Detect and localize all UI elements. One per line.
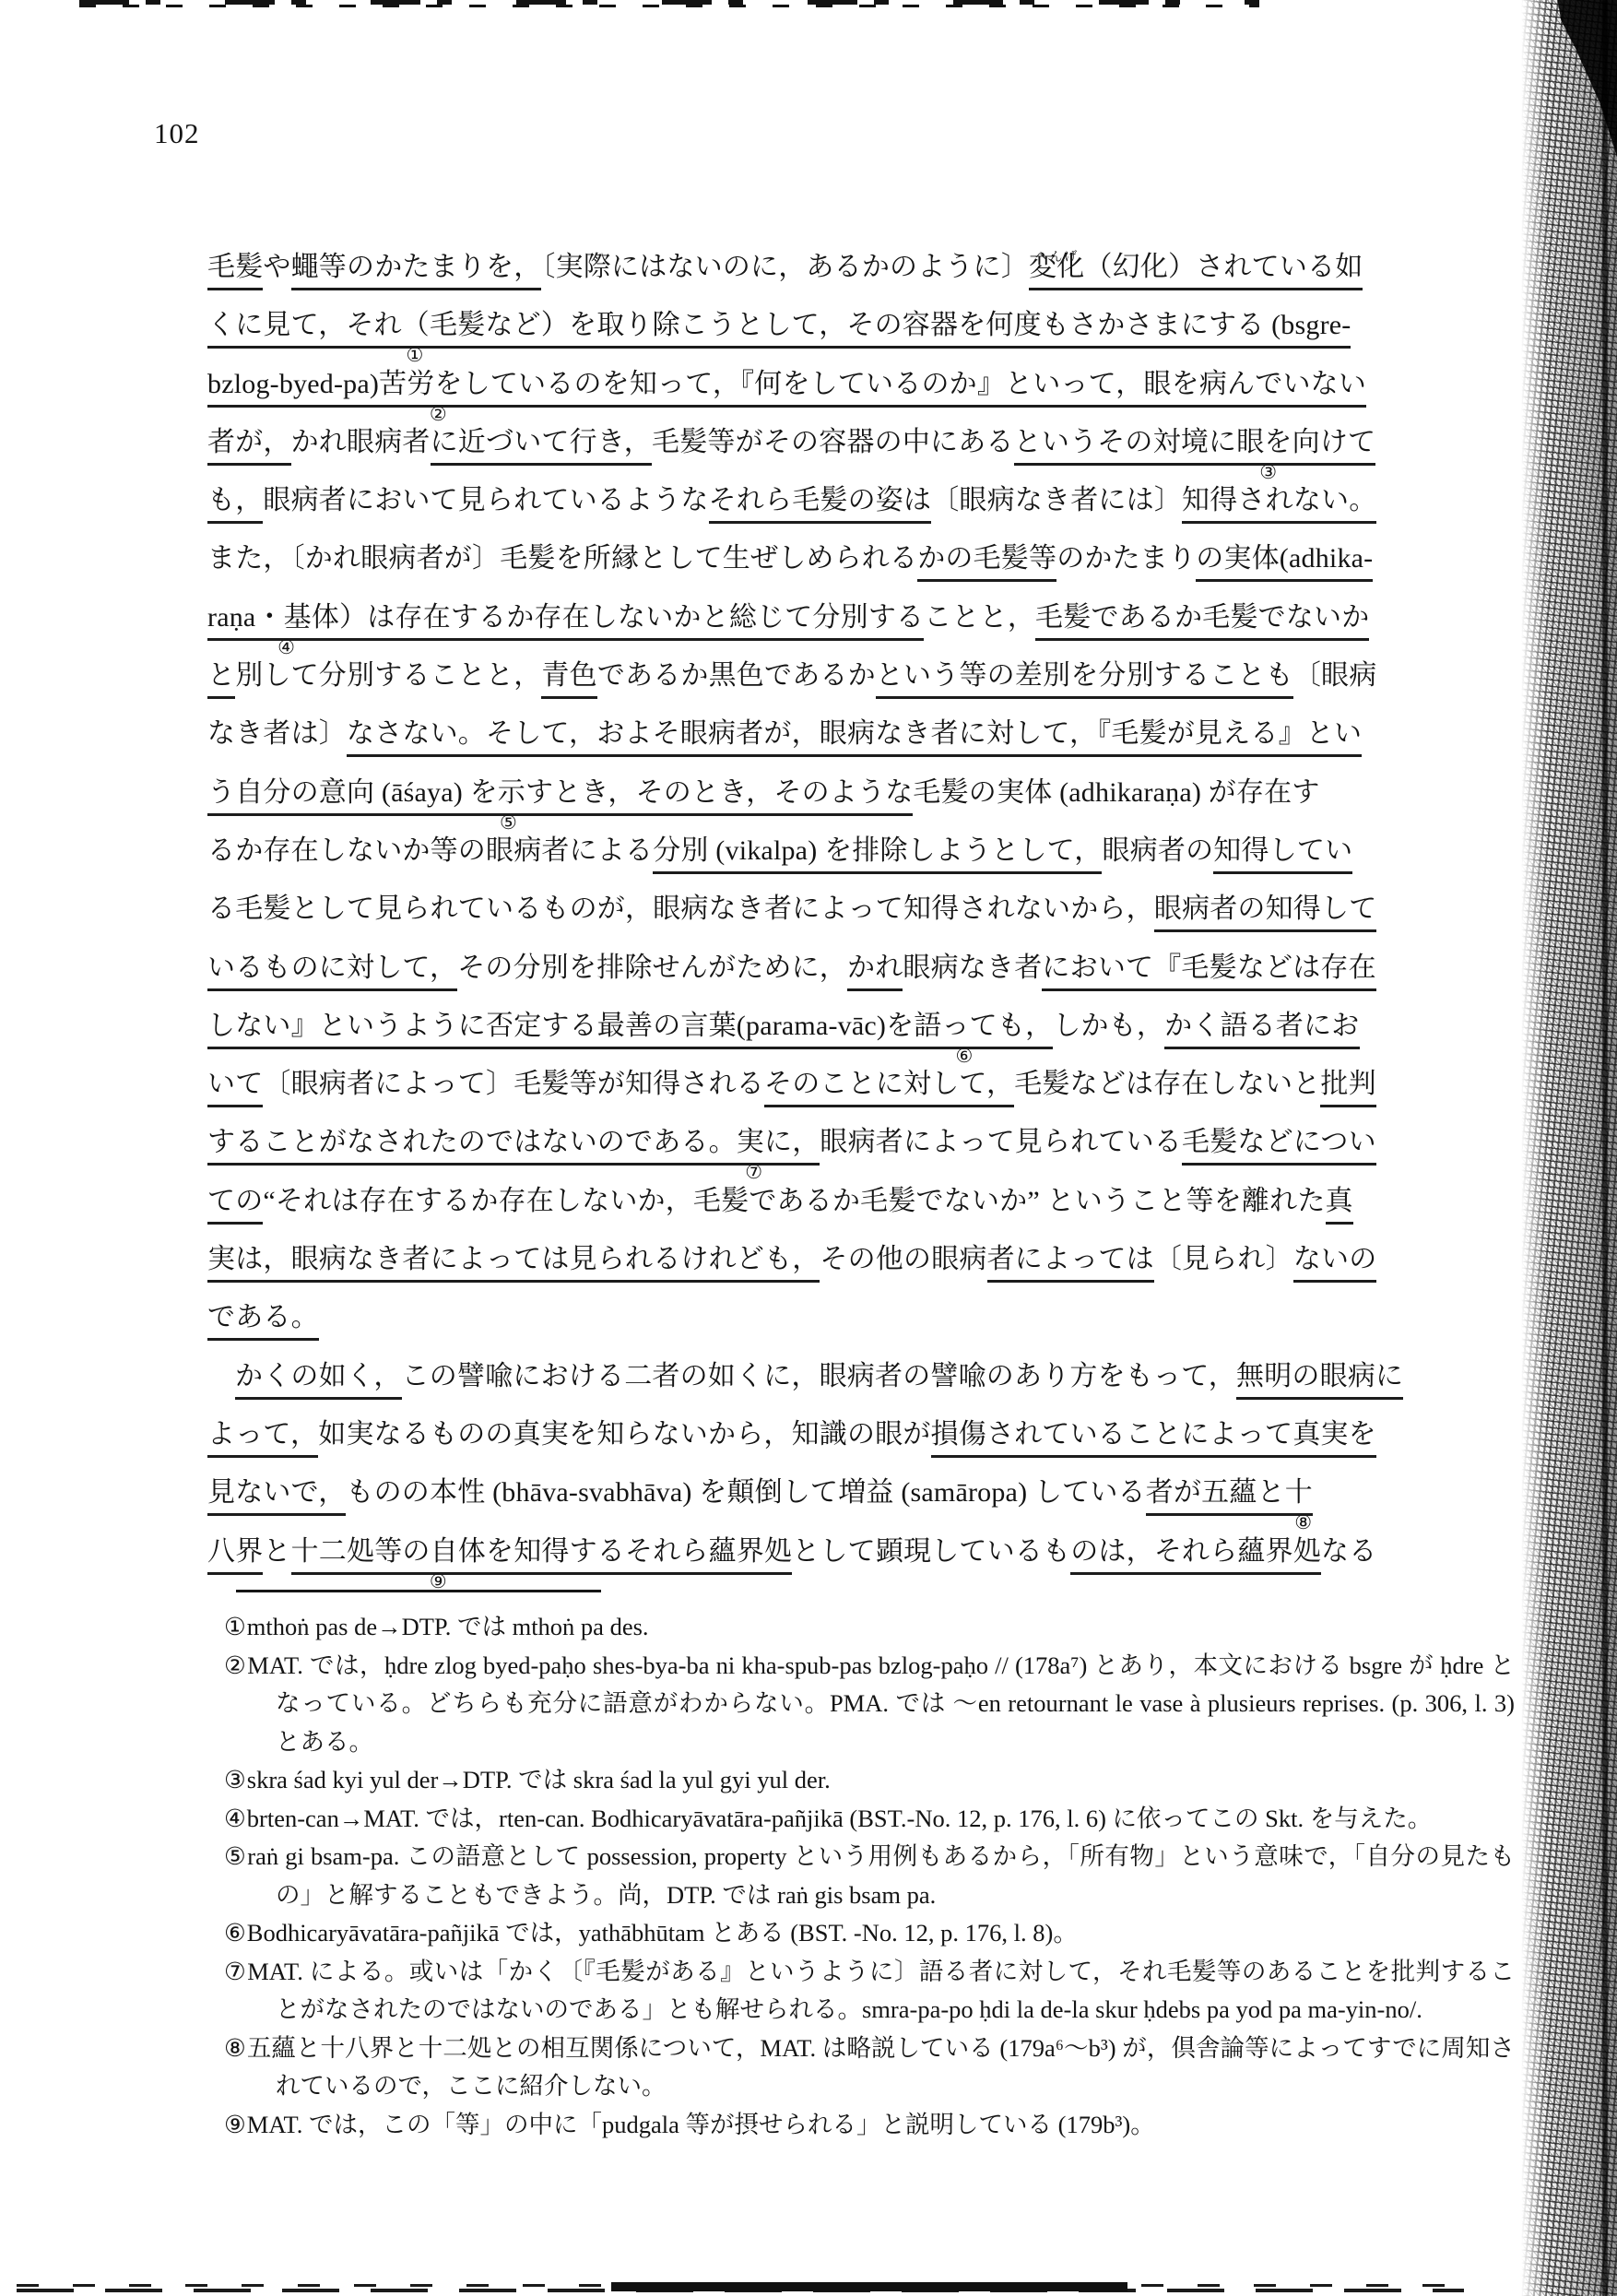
text: と bbox=[263, 1536, 290, 1567]
text: その分別を排除せんがために， bbox=[457, 953, 847, 983]
body-line: ての“それは存在するか存在しないか，毛髪であるか毛髪でないか” ということ等を離… bbox=[207, 1179, 1376, 1237]
body-line: くに見て，それ（毛髪など）を取り除こうとして，その容器を何度もさかさまにする (… bbox=[207, 303, 1376, 361]
underlined-text: それら毛髪の姿は bbox=[709, 485, 932, 524]
underlined-text: いるものに対して， bbox=[207, 953, 457, 991]
text: この譬喩における二者の如くに，眼病者の譬喩のあり方をもって， bbox=[402, 1361, 1236, 1391]
body-line: また，〔かれ眼病者が〕毛髪を所縁として生ぜしめられるかの毛髪等のかたまりの実体(… bbox=[207, 537, 1376, 595]
underlined-text: 批判 bbox=[1320, 1069, 1375, 1107]
text: として顕現しているも bbox=[792, 1536, 1070, 1567]
text: 眼病者において見られているような bbox=[263, 485, 708, 515]
underlined-text: 者が bbox=[1146, 1477, 1201, 1516]
underlined-text: bzlog-byed-pa)苦労をしているのを知って，『何をしているのか』といっ… bbox=[207, 369, 1366, 408]
footnote-text: raṅ gi bsam-pa. この語意として possession, prop… bbox=[247, 1842, 1515, 1909]
body-line: することがなされたのではないのである。実に，眼病者によって見られている毛髪などに… bbox=[207, 1120, 1376, 1178]
underlined-text: である。 bbox=[207, 1302, 319, 1341]
body-line: 実は，眼病なき者によっては見られるけれども，その他の眼病者によっては〔見られ〕な… bbox=[207, 1237, 1376, 1296]
body-line: 毛髪や蠅等のかたまりを，〔実際にはないのに，あるかのように〕変化へんげ（幻化）さ… bbox=[207, 245, 1376, 303]
text: 毛髪などは存在しないと bbox=[1014, 1069, 1320, 1099]
underlined-text: 毛髪であるか毛髪でないか bbox=[1035, 602, 1369, 641]
text: 〔実際にはないのに，あるかのように〕 bbox=[541, 252, 1029, 282]
underlined-text: と bbox=[207, 660, 235, 699]
underlined-text: 青色 bbox=[541, 660, 596, 699]
text: 如実なるものの真実を知らないから，知識の眼が bbox=[318, 1419, 930, 1450]
footnote-number: ③ bbox=[224, 1766, 247, 1793]
underlined-text: なさない。そして，およそ眼病者が，眼病なき者に対して，『毛髪が見える』とい bbox=[347, 718, 1362, 757]
body-line: である。 bbox=[207, 1296, 1376, 1354]
footnote-ref-marker: ⑨ bbox=[430, 1572, 447, 1592]
underlined-text: くに見て，それ（毛髪など）を取り除こうとして，その容器を何度もさかさまにする (… bbox=[207, 310, 1351, 349]
underlined-text: かれ bbox=[847, 953, 903, 991]
text: “それは存在するか存在しないか，毛髪であるか毛髪でないか” ということ等を離れた bbox=[263, 1186, 1325, 1216]
underlined-text: 蠅等のかたまりを， bbox=[291, 252, 542, 290]
text: 別して分別することと， bbox=[235, 660, 541, 691]
underlined-text: に近づいて行き， bbox=[431, 427, 652, 466]
underlined-text: 無明の眼病に bbox=[1236, 1361, 1403, 1400]
text: なき者は〕 bbox=[207, 718, 347, 749]
text: や bbox=[263, 252, 290, 282]
body-line: 者が，かれ眼病者に近づいて行き，毛髪等がその容器の中にあるというその対境に眼を向… bbox=[207, 420, 1376, 479]
footnote-text: MAT. では，ḥdre zlog byed-paḥo shes-bya-ba … bbox=[247, 1651, 1515, 1756]
underlined-text: の実体(adhika- bbox=[1196, 543, 1373, 582]
furigana: へんげ bbox=[1034, 236, 1079, 279]
body-line: bzlog-byed-pa)苦労をしているのを知って，『何をしているのか』といっ… bbox=[207, 362, 1376, 420]
underlined-text: （幻化）されている如 bbox=[1084, 252, 1363, 290]
underlined-text: することがなされたのではないのである。実に， bbox=[207, 1127, 820, 1166]
body-line: と別して分別することと，青色であるか黒色であるかという等の差別を分別することも〔… bbox=[207, 654, 1376, 712]
underlined-text: 十二処等の自体を知得するそれら蘊界処 bbox=[291, 1536, 793, 1575]
body-line: 八界と十二処等の自体を知得するそれら蘊界処として顕現しているものは，それら蘊界処… bbox=[207, 1530, 1376, 1588]
footnote-number: ① bbox=[224, 1613, 247, 1640]
page-number: 102 bbox=[154, 117, 200, 150]
underlined-text: 分別 (vikalpa) を排除しようとして， bbox=[653, 835, 1102, 874]
footnote-number: ⑨ bbox=[224, 2111, 247, 2138]
text: る毛髪として見られているものが，眼病なき者によって知得されないから， bbox=[207, 894, 1154, 924]
text: 眼病者の bbox=[1102, 835, 1213, 866]
body-line: るか存在しないか等の眼病者による分別 (vikalpa) を排除しようとして，眼… bbox=[207, 829, 1376, 887]
body-line: よって，如実なるものの真実を知らないから，知識の眼が損傷されていることによって真… bbox=[207, 1413, 1376, 1471]
footnotes: ①mthoṅ pas de→DTP. では mthoṅ pa des.②MAT.… bbox=[224, 1608, 1515, 2144]
scan-spine-shadow bbox=[1602, 0, 1608, 2296]
footnote-text: MAT. では，この「等」の中に「pudgala 等が摂せられる」と説明している… bbox=[247, 2111, 1155, 2138]
footnote-separator-rule bbox=[236, 1590, 601, 1592]
underlined-text: というその対境に眼を向けて bbox=[1014, 427, 1376, 466]
underlined-text: 損傷されていることによって真実を bbox=[931, 1419, 1376, 1458]
underlined-text: 毛髪 bbox=[207, 252, 263, 290]
footnote-number: ⑧ bbox=[224, 2034, 247, 2062]
body-line: う自分の意向 (āśaya) を示すとき，そのとき，そのような毛髪の実体 (ad… bbox=[207, 771, 1376, 829]
underlined-text: raṇa・基体）は存在するか存在しないかと総じて分別する bbox=[207, 602, 924, 641]
underlined-text: 毛髪などについ bbox=[1182, 1127, 1376, 1166]
footnote-number: ② bbox=[224, 1651, 247, 1679]
underlined-text: かくの如く， bbox=[235, 1361, 402, 1400]
underlined-text: において『毛髪などは存在 bbox=[1042, 953, 1375, 991]
footnote-item: ④brten-can→MAT. では，rten-can. Bodhicaryāv… bbox=[224, 1800, 1515, 1839]
underlined-text: いて bbox=[207, 1069, 263, 1107]
underlined-text: も， bbox=[207, 485, 263, 524]
scan-artifact-bottom-edge bbox=[17, 2279, 1464, 2292]
footnote-text: brten-can→MAT. では，rten-can. Bodhicaryāva… bbox=[247, 1805, 1432, 1832]
body-line: かくの如く，この譬喩における二者の如くに，眼病者の譬喩のあり方をもって，無明の眼… bbox=[207, 1355, 1376, 1413]
scanned-page: 102 毛髪や蠅等のかたまりを，〔実際にはないのに，あるかのように〕変化へんげ（… bbox=[0, 0, 1617, 2296]
text: ものの本性 (bhāva-svabhāva) を顛倒して増益 (samāropa… bbox=[346, 1477, 1145, 1508]
underlined-text: よって， bbox=[207, 1419, 318, 1458]
text: 眼病者によって見られている bbox=[820, 1127, 1182, 1157]
underlined-text: 知得してい bbox=[1213, 835, 1352, 874]
text: 毛髪の実体 (adhikaraṇa) が存在す bbox=[913, 777, 1319, 808]
footnote-number: ⑦ bbox=[224, 1958, 247, 1985]
underlined-text: 八界 bbox=[207, 1536, 263, 1575]
footnote-text: MAT. による。或いは「かく〔『毛髪がある』というように〕語る者に対して，それ… bbox=[247, 1958, 1515, 2024]
footnote-text: Bodhicaryāvatāra-pañjikā では，yathābhūtam … bbox=[247, 1919, 1078, 1947]
underlined-text: それら蘊界処 bbox=[1154, 1536, 1321, 1575]
text: なる bbox=[1321, 1536, 1376, 1567]
underlined-text: のは， bbox=[1070, 1536, 1154, 1575]
text: 毛髪等がその容器の中にある bbox=[652, 427, 1014, 457]
underlined-text: しない』というように否定する最善の言葉(parama-vāc)を語っても， bbox=[207, 1011, 1053, 1049]
text: るか存在しないか等の眼病者による bbox=[207, 835, 653, 866]
underlined-text: 知得されない。 bbox=[1182, 485, 1376, 524]
underlined-text: う自分の意向 (āśaya) を示すとき，そのとき，そのような bbox=[207, 777, 913, 816]
scan-artifact-top-edge bbox=[79, 0, 1259, 8]
footnote-item: ⑨MAT. では，この「等」の中に「pudgala 等が摂せられる」と説明してい… bbox=[224, 2106, 1515, 2145]
underlined-text: 変化へんげ bbox=[1029, 252, 1084, 290]
footnote-text: 五蘊と十八界と十二処との相互関係について，MAT. は略説している (179a⁶… bbox=[247, 2034, 1515, 2101]
body-line: しない』というように否定する最善の言葉(parama-vāc)を語っても，しかも… bbox=[207, 1004, 1376, 1062]
footnote-text: mthoṅ pas de→DTP. では mthoṅ pa des. bbox=[247, 1613, 649, 1640]
footnote-item: ①mthoṅ pas de→DTP. では mthoṅ pa des. bbox=[224, 1608, 1515, 1647]
underlined-text: という等の差別を分別することも bbox=[876, 660, 1293, 699]
footnote-item: ⑦MAT. による。或いは「かく〔『毛髪がある』というように〕語る者に対して，そ… bbox=[224, 1953, 1515, 2030]
body-line: いるものに対して，その分別を排除せんがために，かれ眼病なき者において『毛髪などは… bbox=[207, 946, 1376, 1004]
footnote-text: skra śad kyi yul der→DTP. では skra śad la… bbox=[247, 1766, 831, 1793]
body-line: も，眼病者において見られているようなそれら毛髪の姿は〔眼病なき者には〕知得されな… bbox=[207, 479, 1376, 537]
footnote-number: ⑥ bbox=[224, 1919, 247, 1947]
footnote-item: ⑤raṅ gi bsam-pa. この語意として possession, pro… bbox=[224, 1838, 1515, 1914]
underlined-text: 実は，眼病なき者によっては見られるけれども， bbox=[207, 1244, 820, 1283]
underlined-text: 真 bbox=[1326, 1186, 1353, 1225]
body-line: る毛髪として見られているものが，眼病なき者によって知得されないから，眼病者の知得… bbox=[207, 887, 1376, 945]
underlined-text: 眼病者の知得して bbox=[1154, 894, 1377, 932]
text: ことと， bbox=[924, 602, 1035, 633]
text: かれ眼病者 bbox=[291, 427, 431, 457]
underlined-text: かの毛髪等 bbox=[917, 543, 1056, 582]
text: その他の眼病 bbox=[820, 1244, 986, 1274]
footnote-number: ④ bbox=[224, 1805, 247, 1832]
footnote-item: ⑥Bodhicaryāvatāra-pañjikā では，yathābhūtam… bbox=[224, 1914, 1515, 1953]
text: であるか黒色であるか bbox=[597, 660, 876, 691]
text: また，〔かれ眼病者が〕毛髪を所縁として生ぜしめられる bbox=[207, 543, 917, 574]
underlined-text: ての bbox=[207, 1186, 263, 1225]
text: のかたまり bbox=[1056, 543, 1196, 574]
body-line: いて〔眼病者によって〕毛髪等が知得されるそのことに対して，毛髪などは存在しないと… bbox=[207, 1062, 1376, 1120]
underlined-text: ないの bbox=[1293, 1244, 1377, 1283]
footnote-item: ②MAT. では，ḥdre zlog byed-paḥo shes-bya-ba… bbox=[224, 1647, 1515, 1762]
underlined-text: 者によっては bbox=[987, 1244, 1154, 1283]
text: 〔見られ〕 bbox=[1154, 1244, 1293, 1274]
underlined-text: かく語る者にお bbox=[1164, 1011, 1359, 1049]
body-text: 毛髪や蠅等のかたまりを，〔実際にはないのに，あるかのように〕変化へんげ（幻化）さ… bbox=[207, 245, 1376, 1588]
underlined-text: そのことに対して， bbox=[764, 1069, 1014, 1107]
text: 〔眼病 bbox=[1293, 660, 1377, 691]
underlined-text: 五蘊と十 bbox=[1201, 1477, 1313, 1516]
footnote-item: ⑧五蘊と十八界と十二処との相互関係について，MAT. は略説している (179a… bbox=[224, 2030, 1515, 2106]
body-line: 見ないで，ものの本性 (bhāva-svabhāva) を顛倒して増益 (sam… bbox=[207, 1471, 1376, 1529]
text: しかも， bbox=[1053, 1011, 1164, 1041]
underlined-text: 見ないで， bbox=[207, 1477, 346, 1516]
underlined-text: 者が， bbox=[207, 427, 291, 466]
footnote-number: ⑤ bbox=[224, 1842, 247, 1870]
body-line: raṇa・基体）は存在するか存在しないかと総じて分別することと，毛髪であるか毛髪… bbox=[207, 596, 1376, 654]
text: 〔眼病者によって〕毛髪等が知得される bbox=[263, 1069, 764, 1099]
text: 〔眼病なき者には〕 bbox=[931, 485, 1182, 515]
text: 眼病なき者 bbox=[903, 953, 1042, 983]
body-line: なき者は〕なさない。そして，およそ眼病者が，眼病なき者に対して，『毛髪が見える』… bbox=[207, 712, 1376, 770]
footnote-item: ③skra śad kyi yul der→DTP. では skra śad l… bbox=[224, 1761, 1515, 1800]
